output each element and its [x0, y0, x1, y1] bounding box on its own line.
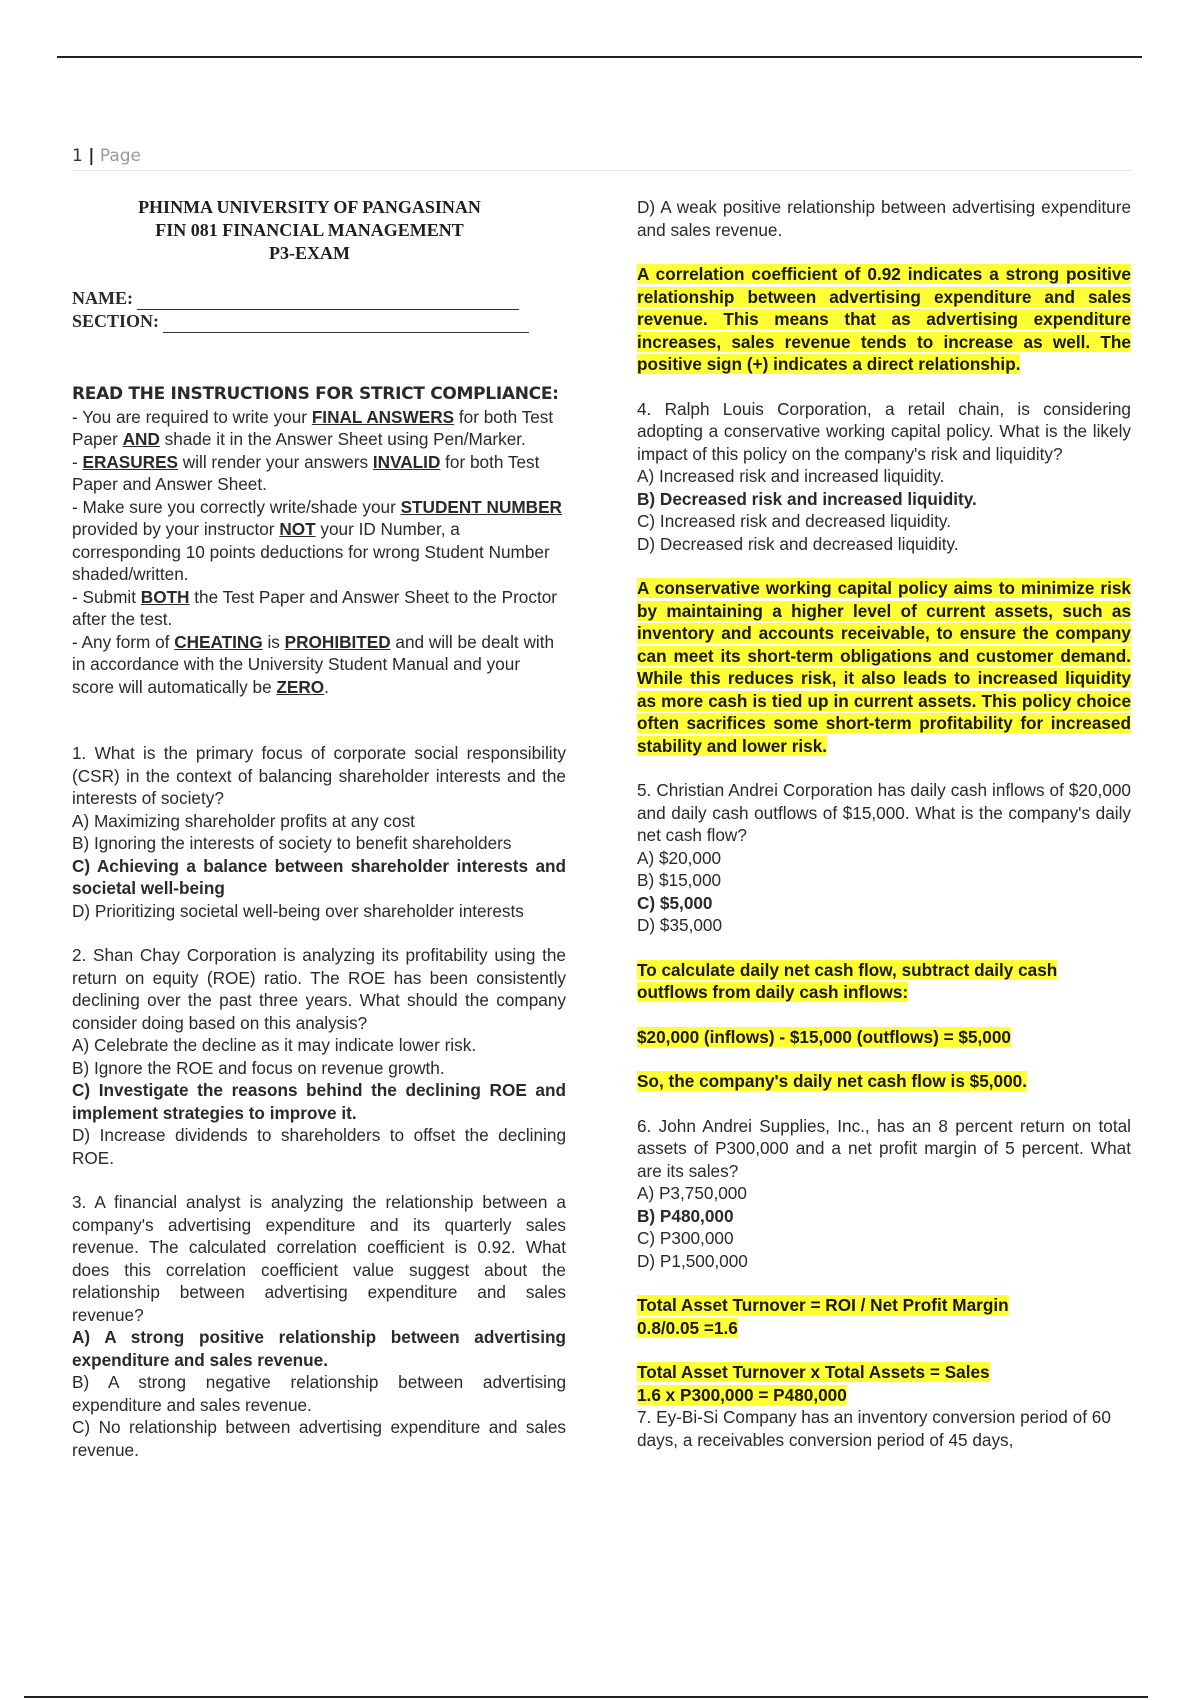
exam-title-block: PHINMA UNIVERSITY OF PANGASINAN FIN 081 …	[62, 196, 557, 265]
instruction-item: - Make sure you correctly write/shade yo…	[72, 496, 566, 586]
text-fragment: Shan Chay Corporation is analyzing its p…	[72, 945, 566, 1033]
text-fragment: Decreased risk and decreased liquidity.	[660, 534, 959, 554]
instruction-text: - You are required to write your	[72, 407, 312, 427]
text-fragment: A)	[72, 1327, 90, 1347]
option-a[interactable]: A) Increased risk and increased liquidit…	[637, 465, 1131, 488]
question-1: 1. What is the primary focus of corporat…	[72, 742, 566, 922]
option-b[interactable]: B) A strong negative relationship betwee…	[72, 1371, 566, 1416]
instruction-emphasis: ERASURES	[83, 452, 179, 472]
explanation-q4: A conservative working capital policy ai…	[637, 577, 1131, 757]
question-4: 4. Ralph Louis Corporation, a retail cha…	[637, 398, 1131, 556]
page-header: 1 | Page	[72, 146, 1132, 171]
text-fragment: A weak positive relationship between adv…	[637, 197, 1131, 240]
text-fragment: 4.	[637, 399, 651, 419]
explanation-line: 0.8/0.05 =1.6	[637, 1318, 738, 1338]
instruction-emphasis: INVALID	[373, 452, 440, 472]
option-d[interactable]: D) $35,000	[637, 914, 1131, 937]
option-c[interactable]: C) No relationship between advertising e…	[72, 1416, 566, 1461]
option-d[interactable]: D) A weak positive relationship between …	[637, 196, 1131, 241]
question-stem: 3. A financial analyst is analyzing the …	[72, 1191, 566, 1326]
explanation-line: $20,000 (inflows) - $15,000 (outflows) =…	[637, 1027, 1011, 1047]
text-fragment: A)	[637, 1183, 654, 1203]
question-stem: 7. Ey-Bi-Si Company has an inventory con…	[637, 1406, 1131, 1451]
text-fragment: Ralph Louis Corporation, a retail chain,…	[637, 399, 1131, 464]
question-6: 6. John Andrei Supplies, Inc., has an 8 …	[637, 1115, 1131, 1273]
text-fragment: D)	[637, 1251, 655, 1271]
text-fragment: D)	[72, 901, 90, 921]
option-b[interactable]: B) Ignore the ROE and focus on revenue g…	[72, 1057, 566, 1080]
question-stem: 1. What is the primary focus of corporat…	[72, 742, 566, 810]
question-stem: 6. John Andrei Supplies, Inc., has an 8 …	[637, 1115, 1131, 1183]
question-stem: 4. Ralph Louis Corporation, a retail cha…	[637, 398, 1131, 466]
question-stem: 2. Shan Chay Corporation is analyzing it…	[72, 944, 566, 1034]
instruction-text: shade it in the Answer Sheet using Pen/M…	[160, 429, 526, 449]
option-b[interactable]: B) Ignoring the interests of society to …	[72, 832, 566, 855]
instruction-text: - Make sure you correctly write/shade yo…	[72, 497, 401, 517]
question-7: 7. Ey-Bi-Si Company has an inventory con…	[637, 1406, 1131, 1451]
question-2: 2. Shan Chay Corporation is analyzing it…	[72, 944, 566, 1169]
text-fragment: No relationship between advertising expe…	[72, 1417, 566, 1460]
text-fragment: 5.	[637, 780, 651, 800]
text-fragment: What is the primary focus of corporate s…	[72, 743, 566, 808]
text-fragment: A strong positive relationship between a…	[72, 1327, 566, 1370]
instruction-text: is	[263, 632, 285, 652]
name-field-row: NAME:	[72, 287, 566, 310]
text-fragment: Christian Andrei Corporation has daily c…	[637, 780, 1131, 845]
text-fragment: 2.	[72, 945, 86, 965]
instruction-text: will render your answers	[178, 452, 373, 472]
text-fragment: P300,000	[660, 1228, 734, 1248]
instructions-title: READ THE INSTRUCTIONS FOR STRICT COMPLIA…	[72, 383, 566, 406]
instruction-text: provided by your instructor	[72, 519, 279, 539]
explanation-line: 1.6 x P300,000 = P480,000	[637, 1385, 847, 1405]
option-a[interactable]: A) Maximizing shareholder profits at any…	[72, 810, 566, 833]
text-fragment: C)	[637, 511, 655, 531]
text-fragment: Prioritizing societal well-being over sh…	[95, 901, 524, 921]
question-stem: 5. Christian Andrei Corporation has dail…	[637, 779, 1131, 847]
page-number: 1	[72, 146, 83, 166]
option-d[interactable]: D) Decreased risk and decreased liquidit…	[637, 533, 1131, 556]
text-fragment: B)	[637, 870, 654, 890]
explanation-line: To calculate daily net cash flow, subtra…	[637, 960, 1057, 1003]
instruction-emphasis: FINAL ANSWERS	[312, 407, 454, 427]
text-fragment: B)	[72, 833, 89, 853]
text-fragment: D)	[637, 915, 655, 935]
text-fragment: $5,000	[660, 893, 713, 913]
instruction-text: .	[324, 677, 329, 697]
text-fragment: Celebrate the decline as it may indicate…	[94, 1035, 476, 1055]
section-field-row: SECTION:	[72, 310, 566, 333]
text-fragment: Ignore the ROE and focus on revenue grow…	[94, 1058, 445, 1078]
text-fragment: D)	[72, 1125, 90, 1145]
text-fragment: C)	[72, 856, 90, 876]
text-fragment: A)	[637, 848, 654, 868]
instruction-emphasis: CHEATING	[174, 632, 262, 652]
instruction-emphasis: AND	[123, 429, 160, 449]
text-fragment: A financial analyst is analyzing the rel…	[72, 1192, 566, 1325]
text-fragment: B)	[72, 1058, 89, 1078]
text-fragment: P1,500,000	[660, 1251, 748, 1271]
instruction-item: - You are required to write your FINAL A…	[72, 406, 566, 451]
text-fragment: Increase dividends to shareholders to of…	[72, 1125, 566, 1168]
instruction-emphasis: NOT	[279, 519, 315, 539]
course-name: FIN 081 FINANCIAL MANAGEMENT	[62, 219, 557, 242]
text-fragment: D)	[637, 197, 655, 217]
instruction-emphasis: ZERO	[276, 677, 324, 697]
text-fragment: Ignoring the interests of society to ben…	[94, 833, 512, 853]
explanation-q5: To calculate daily net cash flow, subtra…	[637, 959, 1131, 1093]
text-fragment: $15,000	[659, 870, 721, 890]
right-column: D) A weak positive relationship between …	[637, 196, 1131, 1451]
section-label: SECTION:	[72, 310, 159, 333]
top-rule	[57, 56, 1142, 58]
text-fragment: 6.	[637, 1116, 651, 1136]
option-d[interactable]: D) Prioritizing societal well-being over…	[72, 900, 566, 923]
explanation-line: Total Asset Turnover = ROI / Net Profit …	[637, 1295, 1009, 1315]
option-c[interactable]: C) P300,000	[637, 1227, 1131, 1250]
university-name: PHINMA UNIVERSITY OF PANGASINAN	[62, 196, 557, 219]
text-fragment: Achieving a balance between shareholder …	[72, 856, 566, 899]
text-fragment: A)	[72, 1035, 89, 1055]
text-fragment: Ey-Bi-Si Company has an inventory conver…	[637, 1407, 1111, 1450]
text-fragment: A)	[72, 811, 89, 831]
instruction-emphasis: STUDENT NUMBER	[401, 497, 562, 517]
instruction-text: - Submit	[72, 587, 141, 607]
instructions-list: - You are required to write your FINAL A…	[72, 406, 566, 699]
section-field[interactable]	[163, 316, 529, 333]
explanation-line: So, the company's daily net cash flow is…	[637, 1071, 1027, 1091]
text-fragment: Decreased risk and increased liquidity.	[660, 489, 977, 509]
option-c-correct[interactable]: C) Achieving a balance between sharehold…	[72, 855, 566, 900]
text-fragment: Increased risk and increased liquidity.	[659, 466, 944, 486]
text-fragment: A)	[637, 466, 654, 486]
text-fragment: A strong negative relationship between a…	[72, 1372, 566, 1415]
text-fragment: C)	[637, 893, 655, 913]
explanation-q3: A correlation coefficient of 0.92 indica…	[637, 263, 1131, 376]
instruction-item: - Submit BOTH the Test Paper and Answer …	[72, 586, 566, 631]
bottom-rule	[24, 1696, 1148, 1698]
instruction-item: - Any form of CHEATING is PROHIBITED and…	[72, 631, 566, 699]
option-a[interactable]: A) $20,000	[637, 847, 1131, 870]
name-label: NAME:	[72, 287, 133, 310]
text-fragment: 7.	[637, 1407, 651, 1427]
instruction-text: -	[72, 452, 83, 472]
instruction-emphasis: PROHIBITED	[285, 632, 391, 652]
option-b[interactable]: B) $15,000	[637, 869, 1131, 892]
question-5: 5. Christian Andrei Corporation has dail…	[637, 779, 1131, 937]
text-fragment: Maximizing shareholder profits at any co…	[94, 811, 415, 831]
text-fragment: P3,750,000	[659, 1183, 747, 1203]
text-fragment: 3.	[72, 1192, 86, 1212]
name-field[interactable]	[137, 293, 519, 310]
explanation-q6: Total Asset Turnover = ROI / Net Profit …	[637, 1294, 1131, 1406]
option-b-correct[interactable]: B) P480,000	[637, 1205, 1131, 1228]
option-c[interactable]: C) Increased risk and decreased liquidit…	[637, 510, 1131, 533]
text-fragment: C)	[637, 1228, 655, 1248]
option-b-correct[interactable]: B) Decreased risk and increased liquidit…	[637, 488, 1131, 511]
option-a[interactable]: A) P3,750,000	[637, 1182, 1131, 1205]
instruction-item: - ERASURES will render your answers INVA…	[72, 451, 566, 496]
option-d[interactable]: D) Increase dividends to shareholders to…	[72, 1124, 566, 1169]
instruction-text: - Any form of	[72, 632, 174, 652]
text-fragment: Increased risk and decreased liquidity.	[660, 511, 951, 531]
exam-name: P3-EXAM	[62, 242, 557, 265]
option-a-correct[interactable]: A) A strong positive relationship betwee…	[72, 1326, 566, 1371]
page-separator: |	[88, 146, 94, 166]
text-fragment: D)	[637, 534, 655, 554]
option-c-correct[interactable]: C) $5,000	[637, 892, 1131, 915]
text-fragment: B)	[637, 489, 655, 509]
option-c-correct[interactable]: C) Investigate the reasons behind the de…	[72, 1079, 566, 1124]
text-fragment: C)	[72, 1417, 90, 1437]
text-fragment: B)	[72, 1372, 89, 1392]
left-column: PHINMA UNIVERSITY OF PANGASINAN FIN 081 …	[72, 196, 566, 1461]
text-fragment: B)	[637, 1206, 655, 1226]
text-fragment: John Andrei Supplies, Inc., has an 8 per…	[637, 1116, 1131, 1181]
explanation-line: Total Asset Turnover x Total Assets = Sa…	[637, 1362, 990, 1382]
instruction-emphasis: BOTH	[141, 587, 190, 607]
option-a[interactable]: A) Celebrate the decline as it may indic…	[72, 1034, 566, 1057]
text-fragment: P480,000	[660, 1206, 734, 1226]
question-3: 3. A financial analyst is analyzing the …	[72, 1191, 566, 1461]
option-d[interactable]: D) P1,500,000	[637, 1250, 1131, 1273]
page-label: Page	[100, 146, 141, 166]
text-fragment: C)	[72, 1080, 90, 1100]
text-fragment: $20,000	[659, 848, 721, 868]
text-fragment: 1.	[72, 743, 86, 763]
text-fragment: Investigate the reasons behind the decli…	[72, 1080, 566, 1123]
text-fragment: $35,000	[660, 915, 722, 935]
